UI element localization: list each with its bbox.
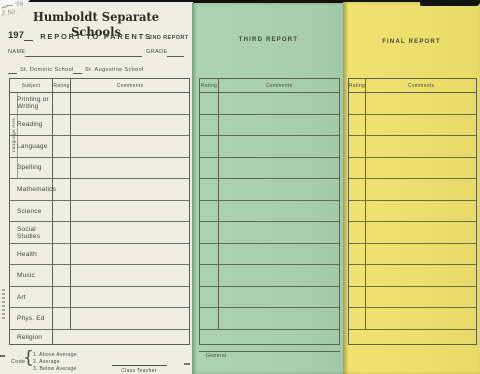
column-header-comments: Comments [366,79,476,92]
table-row [349,93,476,114]
language-arts-group: Language Arts [10,92,18,179]
rating-cell [349,115,366,136]
rating-cell [200,308,219,329]
rating-cell [349,136,366,157]
rating-cell [349,158,366,179]
table-row: Printing or Writing [10,93,189,114]
rating-cell [53,93,71,114]
table-header-row: Rating Comments [349,79,476,93]
table-row: Reading [10,114,189,136]
second-report-rows: Printing or WritingReadingLanguageSpelli… [10,93,189,344]
table-row [349,243,476,265]
rating-cell [53,179,71,200]
code-item-above-average: 1. Above Average [33,352,77,359]
year-prefix: 197 [8,30,24,41]
grade-blank-line [167,56,184,57]
column-header-subject: Subject [10,79,53,92]
code-legend-items: 1. Above Average 2. Average 3. Below Ave… [33,352,77,372]
table-row: Mathematics [10,178,189,200]
subject-label: Art [10,287,53,308]
table-row [349,264,476,286]
comments-cell [366,93,476,114]
third-report-rows [200,93,339,344]
table-row [349,114,476,136]
comments-cell [71,308,189,329]
rating-cell [349,93,366,114]
comments-cell [71,93,189,114]
comments-cell [219,158,339,179]
table-row [349,286,476,308]
rating-cell [200,136,219,157]
table-row [200,178,339,200]
comments-cell [366,179,476,200]
rating-cell [349,308,366,329]
comments-cell [219,287,339,308]
subject-label: Health [10,244,53,265]
table-row [349,307,476,329]
school-option-2-checkline [73,73,82,74]
second-report-table: Subject Rating Comments Printing or Writ… [9,78,190,345]
rating-cell [349,201,366,222]
religion-wide-cell [53,330,189,344]
table-row [200,157,339,179]
table-row: Phys. Ed [10,307,189,329]
comments-cell [366,308,476,329]
rating-cell [200,201,219,222]
comments-cell [219,93,339,114]
rating-cell [53,287,71,308]
report-number-label: 2ND REPORT [149,35,188,41]
third-report-title: THIRD REPORT [192,37,345,43]
rating-cell [53,265,71,286]
rating-cell [349,179,366,200]
comments-cell [366,158,476,179]
year-field: 197 [8,30,33,41]
comments-cell [219,244,339,265]
year-blank [24,33,33,41]
subject-label: Mathematics [10,179,53,200]
comments-cell [366,136,476,157]
school-option-1-checkline [8,73,17,74]
table-row [200,307,339,329]
comments-cell [219,179,339,200]
rating-cell [349,222,366,243]
table-row: Language [10,135,189,157]
comments-cell [366,265,476,286]
final-report-table: Rating Comments [348,78,477,345]
comments-cell [71,158,189,179]
comments-cell [219,115,339,136]
comments-cell [219,265,339,286]
general-label: General [206,353,227,359]
school-option-2-label: St. Augustine School [85,67,144,73]
comments-cell [366,222,476,243]
rating-cell [53,244,71,265]
table-row [200,221,339,243]
general-section-rule [199,351,340,352]
rating-cell [53,115,71,136]
pencil-dash-artifact [184,363,190,365]
class-teacher-signature-line [112,365,167,366]
subject-label: Religion [10,330,53,344]
column-header-comments: Comments [71,79,189,92]
rating-cell [200,179,219,200]
rating-cell [349,265,366,286]
rating-cell [53,308,71,329]
rating-cell [53,201,71,222]
comments-cell [366,115,476,136]
table-row: Religion [10,329,189,344]
handwriting-year: '76 [14,1,24,9]
table-row [200,200,339,222]
pencil-dash-artifact [0,355,5,357]
final-report-rows [349,93,476,344]
subject-label: Science [10,201,53,222]
table-row [200,286,339,308]
rating-cell [200,287,219,308]
comments-cell [219,136,339,157]
table-row [349,329,476,344]
column-header-comments: Comments [219,79,339,92]
table-row [349,221,476,243]
rating-cell [53,158,71,179]
class-teacher-label: Class Teacher [106,368,172,374]
table-row [349,135,476,157]
report-card-scan: '76 2.50 Humboldt Separate Schools 197 R… [0,0,480,374]
third-report-table: Rating Comments [199,78,340,345]
subject-label: Social Studies [10,222,53,243]
subject-label: Phys. Ed [10,308,53,329]
report-title: REPORT TO PARENTS [38,32,154,41]
name-blank-line [25,56,142,57]
table-row [349,178,476,200]
rating-cell [200,93,219,114]
code-item-average: 2. Average [33,359,77,366]
column-header-rating: Rating [53,79,71,92]
rating-cell [200,265,219,286]
printer-imprint [2,289,5,321]
table-row [200,135,339,157]
rating-cell [349,244,366,265]
table-row [200,243,339,265]
column-header-rating: Rating [349,79,366,92]
comments-cell [366,201,476,222]
comments-cell [366,244,476,265]
grade-label: GRADE [146,49,168,55]
name-label: NAME [8,49,26,55]
table-row: Music [10,264,189,286]
rating-cell [349,287,366,308]
comments-cell [219,222,339,243]
table-row [349,200,476,222]
table-header-row: Rating Comments [200,79,339,93]
school-option-1-label: St. Dominic School [20,67,74,73]
scan-edge-artifact [420,0,480,6]
comments-cell [71,115,189,136]
comments-cell [71,265,189,286]
table-row [200,329,339,344]
comments-cell [219,308,339,329]
comments-cell [366,287,476,308]
comments-cell [71,244,189,265]
table-row: Science [10,200,189,222]
subject-label: Music [10,265,53,286]
table-row: Social Studies [10,221,189,243]
table-row [200,114,339,136]
rating-cell [200,115,219,136]
table-row: Art [10,286,189,308]
comments-cell [71,179,189,200]
rating-cell [53,136,71,157]
comments-cell [71,201,189,222]
table-row [200,264,339,286]
table-row [349,157,476,179]
code-item-below-average: 3. Below Average [33,366,77,373]
rating-cell [53,222,71,243]
comments-cell [71,136,189,157]
religion-wide-cell [349,330,476,344]
table-row: Health [10,243,189,265]
final-report-title: FINAL REPORT [343,39,480,45]
rating-cell [200,244,219,265]
comments-cell [71,222,189,243]
rating-cell [200,158,219,179]
table-row [200,93,339,114]
table-row: Spelling [10,157,189,179]
table-header-row: Subject Rating Comments [10,79,189,93]
comments-cell [219,201,339,222]
comments-cell [71,287,189,308]
rating-cell [200,222,219,243]
column-header-rating: Rating [200,79,219,92]
religion-wide-cell [200,330,339,344]
language-arts-label: Language Arts [11,118,16,152]
